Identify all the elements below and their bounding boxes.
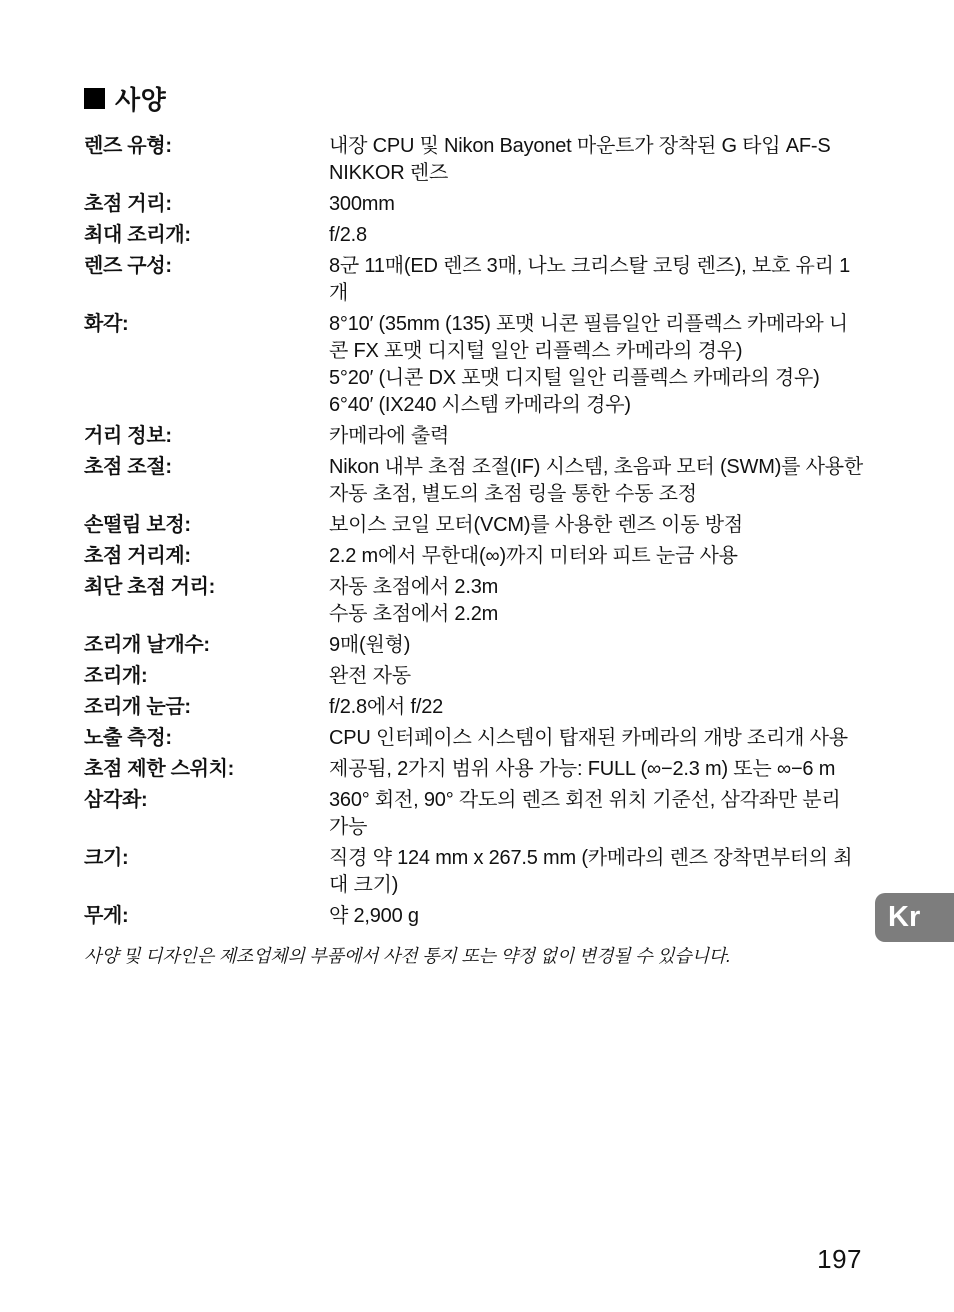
spec-label: 손떨림 보정: xyxy=(84,512,329,539)
spec-value: 2.2 m에서 무한대(∞)까지 미터와 피트 눈금 사용 xyxy=(329,543,864,570)
spec-value: CPU 인터페이스 시스템이 탑재된 카메라의 개방 조리개 사용 xyxy=(329,725,864,752)
spec-row-angle-of-view: 화각: 8°10′ (35mm (135) 포맷 니콘 필름일안 리플렉스 카메… xyxy=(84,311,866,419)
spec-value: 300mm xyxy=(329,191,864,218)
spec-value: 카메라에 출력 xyxy=(329,423,864,450)
spec-row-focus-limit-switch: 초점 제한 스위치: 제공됨, 2가지 범위 사용 가능: FULL (∞−2.… xyxy=(84,756,866,783)
spec-row-diaphragm-blades: 조리개 날개수: 9매(원형) xyxy=(84,632,866,659)
spec-label: 조리개 날개수: xyxy=(84,632,329,659)
spec-label: 최대 조리개: xyxy=(84,222,329,249)
spec-value: 내장 CPU 및 Nikon Bayonet 마운트가 장착된 G 타입 AF-… xyxy=(329,133,864,187)
spec-label: 초점 거리: xyxy=(84,191,329,218)
spec-label: 크기: xyxy=(84,845,329,899)
spec-label: 조리개 눈금: xyxy=(84,694,329,721)
spec-value: f/2.8에서 f/22 xyxy=(329,694,864,721)
spec-value: 직경 약 124 mm x 267.5 mm (카메라의 렌즈 장착면부터의 최… xyxy=(329,845,864,899)
spec-row-lens-type: 렌즈 유형: 내장 CPU 및 Nikon Bayonet 마운트가 장착된 G… xyxy=(84,133,866,187)
spec-label: 초점 조절: xyxy=(84,454,329,508)
spec-value: Nikon 내부 초점 조절(IF) 시스템, 초음파 모터 (SWM)를 사용… xyxy=(329,454,864,508)
spec-label: 삼각좌: xyxy=(84,787,329,841)
spec-label: 렌즈 구성: xyxy=(84,253,329,307)
spec-label: 렌즈 유형: xyxy=(84,133,329,187)
spec-label: 초점 거리계: xyxy=(84,543,329,570)
spec-value: 보이스 코일 모터(VCM)를 사용한 렌즈 이동 방점 xyxy=(329,512,864,539)
spec-row-dimensions: 크기: 직경 약 124 mm x 267.5 mm (카메라의 렌즈 장착면부… xyxy=(84,845,866,899)
spec-row-exposure-metering: 노출 측정: CPU 인터페이스 시스템이 탑재된 카메라의 개방 조리개 사용 xyxy=(84,725,866,752)
language-tab-kr: Kr xyxy=(875,893,954,942)
spec-row-max-aperture: 최대 조리개: f/2.8 xyxy=(84,222,866,249)
spec-row-lens-construction: 렌즈 구성: 8군 11매(ED 렌즈 3매, 나노 크리스탈 코팅 렌즈), … xyxy=(84,253,866,307)
spec-label: 화각: xyxy=(84,311,329,419)
spec-row-focal-length: 초점 거리: 300mm xyxy=(84,191,866,218)
spec-table: 렌즈 유형: 내장 CPU 및 Nikon Bayonet 마운트가 장착된 G… xyxy=(84,133,866,930)
spec-row-tripod-collar: 삼각좌: 360° 회전, 90° 각도의 렌즈 회전 위치 기준선, 삼각좌만… xyxy=(84,787,866,841)
spec-row-distance-info: 거리 정보: 카메라에 출력 xyxy=(84,423,866,450)
spec-row-aperture-range: 조리개 눈금: f/2.8에서 f/22 xyxy=(84,694,866,721)
spec-value: f/2.8 xyxy=(329,222,864,249)
spec-row-focusing: 초점 조절: Nikon 내부 초점 조절(IF) 시스템, 초음파 모터 (S… xyxy=(84,454,866,508)
spec-row-distance-scale: 초점 거리계: 2.2 m에서 무한대(∞)까지 미터와 피트 눈금 사용 xyxy=(84,543,866,570)
spec-value: 9매(원형) xyxy=(329,632,864,659)
spec-row-vibration-reduction: 손떨림 보정: 보이스 코일 모터(VCM)를 사용한 렌즈 이동 방점 xyxy=(84,512,866,539)
spec-value: 8°10′ (35mm (135) 포맷 니콘 필름일안 리플렉스 카메라와 니… xyxy=(329,311,864,419)
spec-value: 약 2,900 g xyxy=(329,903,864,930)
spec-label: 무게: xyxy=(84,903,329,930)
spec-label: 최단 초점 거리: xyxy=(84,574,329,628)
spec-value: 8군 11매(ED 렌즈 3매, 나노 크리스탈 코팅 렌즈), 보호 유리 1… xyxy=(329,253,864,307)
spec-value: 자동 초점에서 2.3m 수동 초점에서 2.2m xyxy=(329,574,864,628)
spec-value: 360° 회전, 90° 각도의 렌즈 회전 위치 기준선, 삼각좌만 분리 가… xyxy=(329,787,864,841)
spec-value: 완전 자동 xyxy=(329,663,864,690)
spec-label: 거리 정보: xyxy=(84,423,329,450)
page-number: 197 xyxy=(817,1244,862,1275)
spec-row-min-focus-distance: 최단 초점 거리: 자동 초점에서 2.3m 수동 초점에서 2.2m xyxy=(84,574,866,628)
spec-label: 노출 측정: xyxy=(84,725,329,752)
spec-row-weight: 무게: 약 2,900 g xyxy=(84,903,866,930)
disclaimer-note: 사양 및 디자인은 제조업체의 부품에서 사전 통지 또는 약정 없이 변경될 … xyxy=(84,944,866,968)
spec-label: 조리개: xyxy=(84,663,329,690)
spec-row-diaphragm: 조리개: 완전 자동 xyxy=(84,663,866,690)
section-title: 사양 xyxy=(84,80,866,117)
spec-label: 초점 제한 스위치: xyxy=(84,756,329,783)
page-content: 사양 렌즈 유형: 내장 CPU 및 Nikon Bayonet 마운트가 장착… xyxy=(84,80,866,968)
spec-value: 제공됨, 2가지 범위 사용 가능: FULL (∞−2.3 m) 또는 ∞−6… xyxy=(329,756,864,783)
section-marker-icon xyxy=(84,88,105,109)
section-title-text: 사양 xyxy=(115,80,166,117)
